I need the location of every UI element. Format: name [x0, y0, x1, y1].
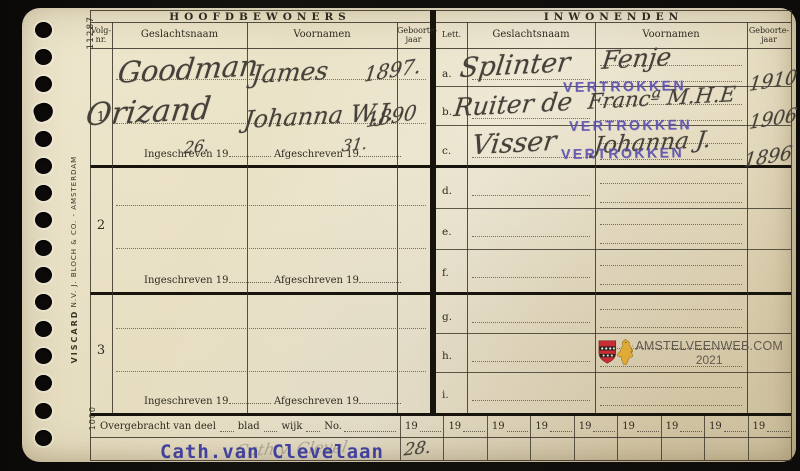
afgeschreven-label: Afgeschreven 19	[274, 394, 401, 407]
blank-dots	[229, 394, 271, 404]
punch-hole	[35, 348, 52, 364]
write-line	[600, 202, 742, 203]
entry-cell	[487, 437, 530, 460]
column-header-geboortejaar-line1: Geboorte-	[747, 26, 791, 35]
year-cell: 19	[617, 416, 660, 437]
blank-dots	[229, 273, 271, 283]
handwriting-house-number: 28.	[403, 437, 433, 460]
year-label: 19	[753, 421, 766, 432]
year-cell: 19	[400, 416, 443, 437]
year-cell: 19	[661, 416, 704, 437]
punch-hole	[35, 76, 52, 92]
punch-hole	[35, 158, 52, 174]
watermark: AMSTELVEENWEB.COM 2021	[598, 339, 783, 377]
blank-dots	[463, 422, 485, 432]
printer-brand: VISCARD	[70, 310, 79, 364]
write-line	[600, 387, 742, 388]
blank-dots	[637, 422, 659, 432]
year-cell: 19	[530, 416, 573, 437]
blank-dots	[264, 422, 278, 432]
printer-firm: N.V. J. BLOCH & CO. - AMSTERDAM	[70, 156, 79, 308]
blank-dots	[220, 422, 234, 432]
blank-dots	[306, 422, 320, 432]
handwriting-inwonende-c-geslachtsnaam: Visser	[470, 126, 558, 162]
column-header-geboortejaar: Geboorte- jaar	[747, 22, 791, 44]
handwriting-voornamen-1: James	[250, 56, 330, 89]
blad-label: blad	[238, 421, 260, 432]
year-cells-row: 19 19 19 19 19 19 19 19 19	[400, 416, 791, 437]
blank-dots	[420, 422, 442, 432]
ingeschreven-text: Ingeschreven 19	[144, 396, 229, 407]
binder-punch-holes	[35, 22, 53, 446]
blank-dots	[359, 273, 401, 283]
blank-dots	[593, 422, 615, 432]
punch-hole	[35, 49, 52, 65]
entry-cell	[530, 437, 573, 460]
entry-cell	[443, 437, 486, 460]
punch-hole-torn	[31, 100, 55, 123]
inwonenden-row-e: e.	[436, 209, 791, 250]
vertrokken-stamp-c: VERTROKKEN	[561, 144, 684, 162]
year-cell: 19	[704, 416, 747, 437]
punch-hole	[35, 131, 52, 147]
write-line	[116, 328, 426, 329]
write-line	[116, 371, 426, 372]
column-header-voornamen: Voornamen	[247, 22, 397, 40]
handwriting-afgeschreven-jaar: 31.	[341, 133, 369, 155]
row-letter: d.	[442, 185, 462, 197]
street-name-stamp: Cath.van Clevelaan	[160, 441, 384, 463]
row-letter: g.	[442, 311, 462, 323]
year-label: 19	[709, 421, 722, 432]
write-line	[472, 361, 590, 362]
punch-hole	[35, 294, 52, 310]
inwonenden-row-g: g.	[436, 295, 791, 334]
row-letter: e.	[442, 226, 462, 238]
write-line	[600, 224, 742, 225]
write-line	[116, 248, 426, 249]
write-line	[472, 195, 590, 196]
inwonenden-row-f: f.	[436, 250, 791, 292]
wijk-label: wijk	[281, 421, 302, 432]
punch-hole	[35, 185, 52, 201]
watermark-year: 2021	[635, 353, 783, 367]
afgeschreven-text: Afgeschreven 19	[274, 396, 359, 407]
handwriting-geslachtsnaam-2: Orizand	[84, 91, 213, 134]
write-line	[472, 322, 590, 323]
punch-hole	[35, 240, 52, 256]
year-cell: 19	[443, 416, 486, 437]
afgeschreven-label: Afgeschreven 19	[274, 147, 401, 160]
overgebracht-label: Overgebracht van deel	[100, 421, 216, 432]
no-label: No.	[324, 421, 342, 432]
column-header-geboortejaar-line2: jaar	[397, 35, 430, 44]
watermark-text: AMSTELVEENWEB.COM 2021	[635, 339, 783, 367]
afgeschreven-label: Afgeschreven 19	[274, 273, 401, 286]
write-line	[600, 309, 742, 310]
inwonenden-row-d: d.	[436, 168, 791, 209]
hoofdbewoners-row-3: 3 Ingeschreven 19 Afgeschreven 19	[90, 295, 430, 413]
year-label: 19	[579, 421, 592, 432]
printer-imprint: VISCARD N.V. J. BLOCH & CO. - AMSTERDAM	[70, 156, 79, 363]
year-cell: 19	[748, 416, 791, 437]
punch-hole	[35, 22, 52, 38]
section-title-inwonenden: INWONENDEN	[436, 11, 791, 22]
write-line	[600, 327, 742, 328]
entry-cell	[617, 437, 660, 460]
column-header-geslachtsnaam: Geslachtsnaam	[112, 22, 247, 40]
write-line	[600, 243, 742, 244]
write-line	[472, 236, 590, 237]
punch-hole	[35, 375, 52, 391]
blank-dots	[724, 422, 746, 432]
row-letter: i.	[442, 389, 462, 401]
year-label: 19	[535, 421, 548, 432]
punch-hole	[35, 403, 52, 419]
entry-cell	[574, 437, 617, 460]
column-header-geboortejaar-line1: Geboorte-	[397, 26, 430, 35]
blank-dots	[680, 422, 702, 432]
inwonenden-row-i: i.	[436, 373, 791, 413]
entry-cell	[748, 437, 791, 460]
entry-cell	[661, 437, 704, 460]
register-card: 11287 VISCARD N.V. J. BLOCH & CO. - AMST…	[22, 8, 796, 462]
lion-rampant-icon	[612, 337, 634, 367]
row-letter: f.	[442, 267, 462, 279]
column-header-voornamen: Voornamen	[595, 22, 747, 40]
write-line	[600, 405, 742, 406]
column-header-geslachtsnaam: Geslachtsnaam	[467, 22, 595, 40]
column-header-volgnr-line1: Volg-	[90, 26, 112, 35]
year-label: 19	[622, 421, 635, 432]
year-entry-row	[400, 437, 791, 460]
year-cell: 19	[574, 416, 617, 437]
column-header-lett: Lett.	[436, 22, 467, 39]
ingeschreven-text: Ingeschreven 19	[144, 275, 229, 286]
handwriting-inwonende-a-geslachtsnaam: Splinter	[458, 47, 572, 84]
punch-hole	[35, 321, 52, 337]
blank-dots	[550, 422, 572, 432]
watermark-site: AMSTELVEENWEB.COM	[635, 339, 783, 353]
handwriting-inwonende-a-voornamen: Fenje	[600, 42, 673, 75]
write-line	[600, 284, 742, 285]
blank-dots	[344, 422, 396, 432]
write-line	[600, 265, 742, 266]
afgeschreven-text: Afgeschreven 19	[274, 275, 359, 286]
column-header-volgnr: Volg- nr.	[90, 22, 112, 44]
section-title-hoofdbewoners: HOOFDBEWONERS	[90, 11, 430, 22]
column-header-volgnr-line2: nr.	[90, 35, 112, 44]
vertrokken-stamp-a: VERTROKKEN	[563, 77, 686, 95]
column-header-geboortejaar: Geboorte- jaar	[397, 22, 430, 44]
year-label: 19	[666, 421, 679, 432]
scan-background: 11287 VISCARD N.V. J. BLOCH & CO. - AMST…	[0, 0, 800, 471]
blank-dots	[767, 422, 789, 432]
ingeschreven-label: Ingeschreven 19	[144, 273, 271, 286]
punch-hole	[35, 430, 52, 446]
vertrokken-stamp-b: VERTROKKEN	[569, 116, 692, 134]
year-label: 19	[448, 421, 461, 432]
write-line	[472, 400, 590, 401]
row-letter: h.	[442, 350, 462, 362]
punch-hole	[35, 267, 52, 283]
blank-dots	[507, 422, 529, 432]
write-line	[600, 183, 742, 184]
year-label: 19	[405, 421, 418, 432]
row-number: 3	[90, 343, 112, 358]
write-line	[472, 277, 590, 278]
blank-dots	[229, 147, 271, 157]
punch-hole	[35, 212, 52, 228]
handwriting-ingeschreven-jaar: 26.	[183, 135, 211, 157]
year-cell: 19	[487, 416, 530, 437]
hoofdbewoners-row-2: 2 Ingeschreven 19 Afgeschreven 19	[90, 168, 430, 292]
entry-cell	[704, 437, 747, 460]
transfer-row: Overgebracht van deel blad wijk No.	[90, 416, 400, 437]
write-line	[116, 205, 426, 206]
column-header-geboortejaar-line2: jaar	[747, 35, 791, 44]
blank-dots	[359, 394, 401, 404]
ingeschreven-label: Ingeschreven 19	[144, 394, 271, 407]
year-label: 19	[492, 421, 505, 432]
row-letter: c.	[442, 145, 462, 157]
row-number: 2	[90, 218, 112, 233]
